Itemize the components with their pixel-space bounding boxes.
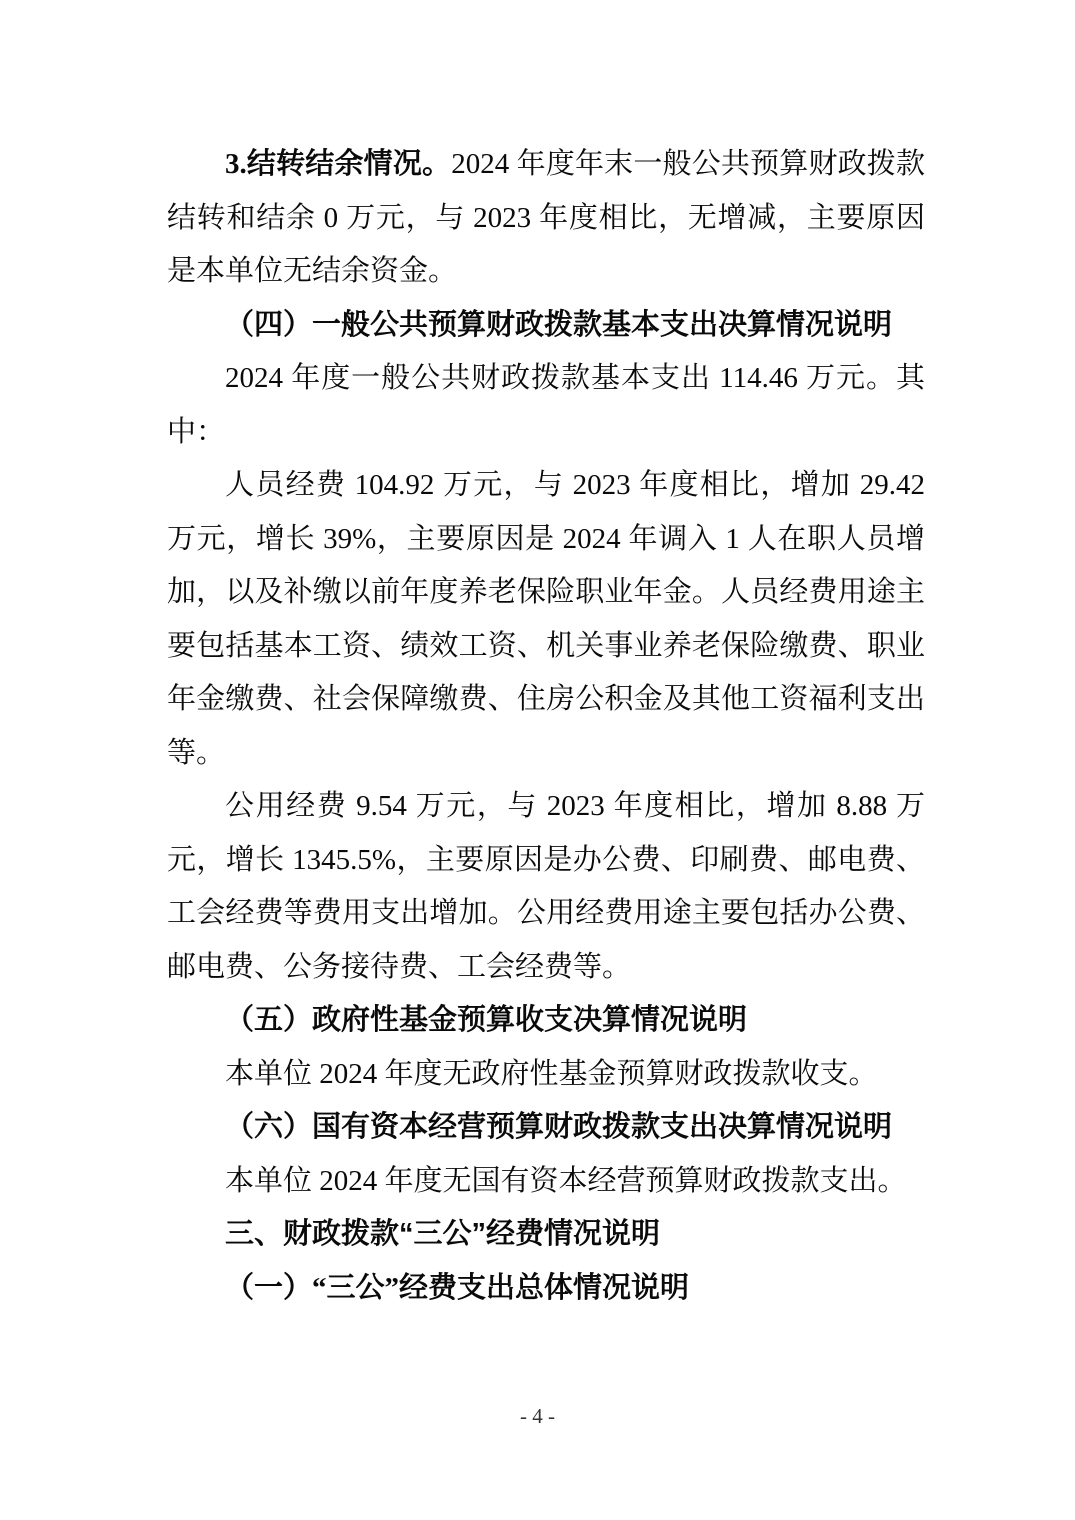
page-number: - 4 - [520, 1404, 555, 1428]
bold-text-run: （五）政府性基金预算收支决算情况说明 [225, 1004, 747, 1036]
bold-text-run: （一）“三公”经费支出总体情况说明 [225, 1272, 689, 1304]
body-paragraph: 本单位 2024 年度无国有资本经营预算财政拨款支出。 [167, 1155, 925, 1209]
document-page: 3.结转结余情况。2024 年度年末一般公共预算财政拨款结转和结余 0 万元，与… [0, 0, 1075, 1520]
section-heading: （四）一般公共预算财政拨款基本支出决算情况说明 [167, 299, 925, 353]
section-heading: （一）“三公”经费支出总体情况说明 [167, 1262, 925, 1316]
chapter-heading: 三、财政拨款“三公”经费情况说明 [167, 1208, 925, 1262]
body-paragraph: 本单位 2024 年度无政府性基金预算财政拨款收支。 [167, 1048, 925, 1102]
page-footer: - 4 - [0, 1400, 1075, 1432]
text-run: 本单位 2024 年度无国有资本经营预算财政拨款支出。 [225, 1165, 907, 1197]
body-paragraph: 公用经费 9.54 万元，与 2023 年度相比，增加 8.88 万元，增长 1… [167, 780, 925, 994]
body-paragraph: 人员经费 104.92 万元，与 2023 年度相比，增加 29.42 万元，增… [167, 459, 925, 780]
body-paragraph: 2024 年度一般公共财政拨款基本支出 114.46 万元。其中： [167, 352, 925, 459]
bold-text-run: 三、财政拨款“三公”经费情况说明 [225, 1218, 660, 1250]
bold-text-run: （四）一般公共预算财政拨款基本支出决算情况说明 [225, 309, 892, 341]
text-run: 公用经费 9.54 万元，与 2023 年度相比，增加 8.88 万元，增长 1… [167, 790, 925, 983]
body-paragraph: 3.结转结余情况。2024 年度年末一般公共预算财政拨款结转和结余 0 万元，与… [167, 138, 925, 299]
text-run: 2024 年度一般公共财政拨款基本支出 114.46 万元。其中： [167, 362, 925, 448]
bold-text-run: （六）国有资本经营预算财政拨款支出决算情况说明 [225, 1111, 892, 1143]
bold-text-run: 3.结转结余情况。 [225, 148, 451, 180]
text-run: 人员经费 104.92 万元，与 2023 年度相比，增加 29.42 万元，增… [167, 469, 925, 769]
section-heading: （五）政府性基金预算收支决算情况说明 [167, 994, 925, 1048]
document-body: 3.结转结余情况。2024 年度年末一般公共预算财政拨款结转和结余 0 万元，与… [167, 138, 925, 1315]
section-heading: （六）国有资本经营预算财政拨款支出决算情况说明 [167, 1101, 925, 1155]
text-run: 本单位 2024 年度无政府性基金预算财政拨款收支。 [225, 1058, 878, 1090]
